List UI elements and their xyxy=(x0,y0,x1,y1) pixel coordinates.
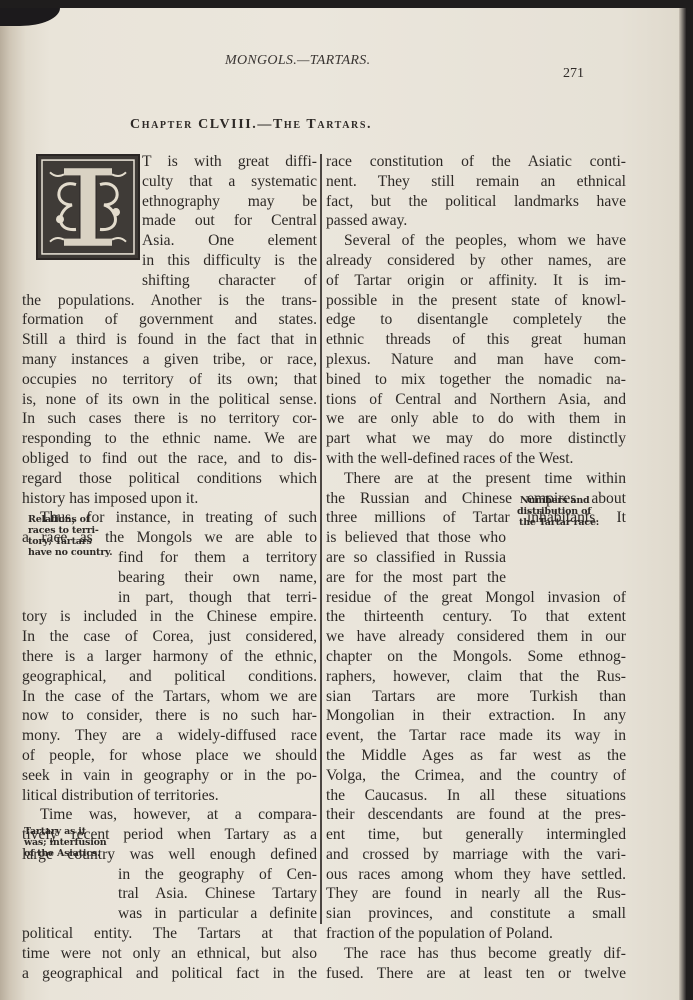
text-line: and crossed by marriage with the vari- xyxy=(326,845,626,865)
text-line: in this difficulty is the xyxy=(142,251,317,271)
margin-note-line: have no country. xyxy=(28,547,112,558)
margin-note-line: was; interfusion xyxy=(24,837,106,848)
margin-note-line: Numbers and xyxy=(517,495,599,506)
text-line: there is a larger harmony of the ethnic, xyxy=(22,647,317,667)
text-line: Still a third is found in the fact that … xyxy=(22,330,317,350)
text-line: are for the most part the xyxy=(326,568,506,588)
text-line: tions of Central and Northern Asia, and xyxy=(326,390,626,410)
text-line: culty that a systematic xyxy=(142,172,317,192)
text-line: chapter on the Mongols. Some ethnog- xyxy=(326,647,626,667)
margin-note-line: tory; Tartars xyxy=(28,536,112,547)
margin-note-line: Tartary as it xyxy=(24,826,106,837)
text-line: seek in vain in geography or in the po- xyxy=(22,766,317,786)
text-line: made out for Central xyxy=(142,211,317,231)
text-line: event, the Tartar race made its way in xyxy=(326,726,626,746)
background-shadow xyxy=(0,8,60,26)
text-line: T is with great diffi- xyxy=(142,152,317,172)
text-line: ous races among whom they have settled. xyxy=(326,865,626,885)
text-line: ent time, but generally intermingled xyxy=(326,825,626,845)
text-line: the Middle Ages as far west as the xyxy=(326,746,626,766)
text-line: the Caucasus. In all these situations xyxy=(326,786,626,806)
text-line: the populations. Another is the trans- xyxy=(22,291,317,311)
margin-note: Numbers and distribution of the Tartar r… xyxy=(517,495,599,528)
text-line: In the case of the Tartars, whom we are xyxy=(22,687,317,707)
column-divider xyxy=(320,154,322,924)
text-line: in part, though that terri- xyxy=(118,588,317,608)
text-line: Time was, however, at a compara- xyxy=(22,805,317,825)
right-column: race constitution of the Asiatic conti- … xyxy=(326,152,626,983)
text-line: political entity. The Tartars at that xyxy=(22,924,317,944)
text-line: history has imposed upon it. xyxy=(22,489,317,509)
text-line: tral Asia. Chinese Tartary xyxy=(118,884,317,904)
text-line: There are at the present time within xyxy=(326,469,626,489)
text-line: with the well-defined races of the West. xyxy=(326,449,626,469)
text-line: fraction of the population of Poland. xyxy=(326,924,626,944)
text-line: geographical, and political conditions. xyxy=(22,667,317,687)
text-line: part what we may do more distinctly xyxy=(326,429,626,449)
margin-note-line: races to terri- xyxy=(28,525,112,536)
text-line: many instances a given tribe, or race, xyxy=(22,350,317,370)
text-line: edge to disentangle completely the xyxy=(326,310,626,330)
text-line: race constitution of the Asiatic conti- xyxy=(326,152,626,172)
text-line: They are found in nearly all the Rus- xyxy=(326,884,626,904)
text-line: find for them a territory xyxy=(118,548,317,568)
text-line: tory is included in the Chinese empire. xyxy=(22,607,317,627)
text-line: fused. There are at least ten or twelve xyxy=(326,964,626,984)
text-line: time were not only an ethnical, but also xyxy=(22,944,317,964)
text-line: already considered by other names, are xyxy=(326,251,626,271)
margin-note-line: distribution of xyxy=(517,506,599,517)
text-line: sian provinces, and constitute a small xyxy=(326,904,626,924)
margin-note: Tartary as it was; interfusion of the As… xyxy=(24,826,106,859)
text-line: residue of the great Mongol invasion of xyxy=(326,588,626,608)
text-line: formation of government and states. xyxy=(22,310,317,330)
text-line: was in particular a definite xyxy=(118,904,317,924)
running-head: MONGOLS.—TARTARS. xyxy=(225,53,370,69)
text-line: obliged to find out the race, and to dis… xyxy=(22,449,317,469)
text-line: passed away. xyxy=(326,211,626,231)
text-line: raphers, however, claim that the Rus- xyxy=(326,667,626,687)
text-line: mony. They are a widely-diffused race xyxy=(22,726,317,746)
text-line: bined to mix together the nomadic na- xyxy=(326,370,626,390)
margin-note-line: Relations of xyxy=(28,514,112,525)
text-line: Mongolian in their extraction. In any xyxy=(326,706,626,726)
text-line: we have already considered them in our xyxy=(326,627,626,647)
text-line: Asia. One element xyxy=(142,231,317,251)
text-line: in the geography of Cen- xyxy=(118,865,317,885)
text-line: Volga, the Crimea, and the country of xyxy=(326,766,626,786)
text-line: bearing their own name, xyxy=(118,568,317,588)
text-line: is believed that those who xyxy=(326,528,506,548)
text-line: responding to the ethnic name. We are xyxy=(22,429,317,449)
text-line: ethnic threads of this great human xyxy=(326,330,626,350)
text-line: we are only able to do with them in xyxy=(326,409,626,429)
text-line: their descendants are found at the pres- xyxy=(326,805,626,825)
text-line: now to consider, there is no such har- xyxy=(22,706,317,726)
text-line: of people, for whose place we should xyxy=(22,746,317,766)
text-line: The race has thus become greatly dif- xyxy=(326,944,626,964)
text-line: litical distribution of territories. xyxy=(22,786,317,806)
text-line: fact, but the political landmarks have xyxy=(326,192,626,212)
text-line: the thirteenth century. To that extent xyxy=(326,607,626,627)
chapter-title: Chapter CLVIII.—The Tartars. xyxy=(130,117,372,133)
text-line: sian Tartars are more Turkish than xyxy=(326,687,626,707)
text-line: plexus. Nature and man have com- xyxy=(326,350,626,370)
book-page: MONGOLS.—TARTARS. 271 Chapter CLVIII.—Th… xyxy=(0,8,686,1000)
text-line: a geographical and political fact in the xyxy=(22,964,317,984)
text-line: nent. They still remain an ethnical xyxy=(326,172,626,192)
text-line: ethnography may be xyxy=(142,192,317,212)
margin-note: Relations of races to terri- tory; Tarta… xyxy=(28,514,112,558)
text-line: shifting character of xyxy=(142,271,317,291)
text-line: occupies no territory of its own; that xyxy=(22,370,317,390)
margin-note-line: of the Asiatics. xyxy=(24,848,106,859)
text-line: of Tartar origin or affinity. It is im- xyxy=(326,271,626,291)
page-number: 271 xyxy=(563,66,584,82)
text-line: possible in the present state of knowl- xyxy=(326,291,626,311)
margin-note-line: the Tartar race. xyxy=(517,517,599,528)
text-line: are so classified in Russia xyxy=(326,548,506,568)
text-line: Several of the peoples, whom we have xyxy=(326,231,626,251)
page-edge xyxy=(679,8,686,1000)
text-line: In such cases there is no territory cor- xyxy=(22,409,317,429)
text-line: is, none of its own in the political sen… xyxy=(22,390,317,410)
text-line: In the case of Corea, just considered, xyxy=(22,627,317,647)
text-line: regard those political conditions which xyxy=(22,469,317,489)
